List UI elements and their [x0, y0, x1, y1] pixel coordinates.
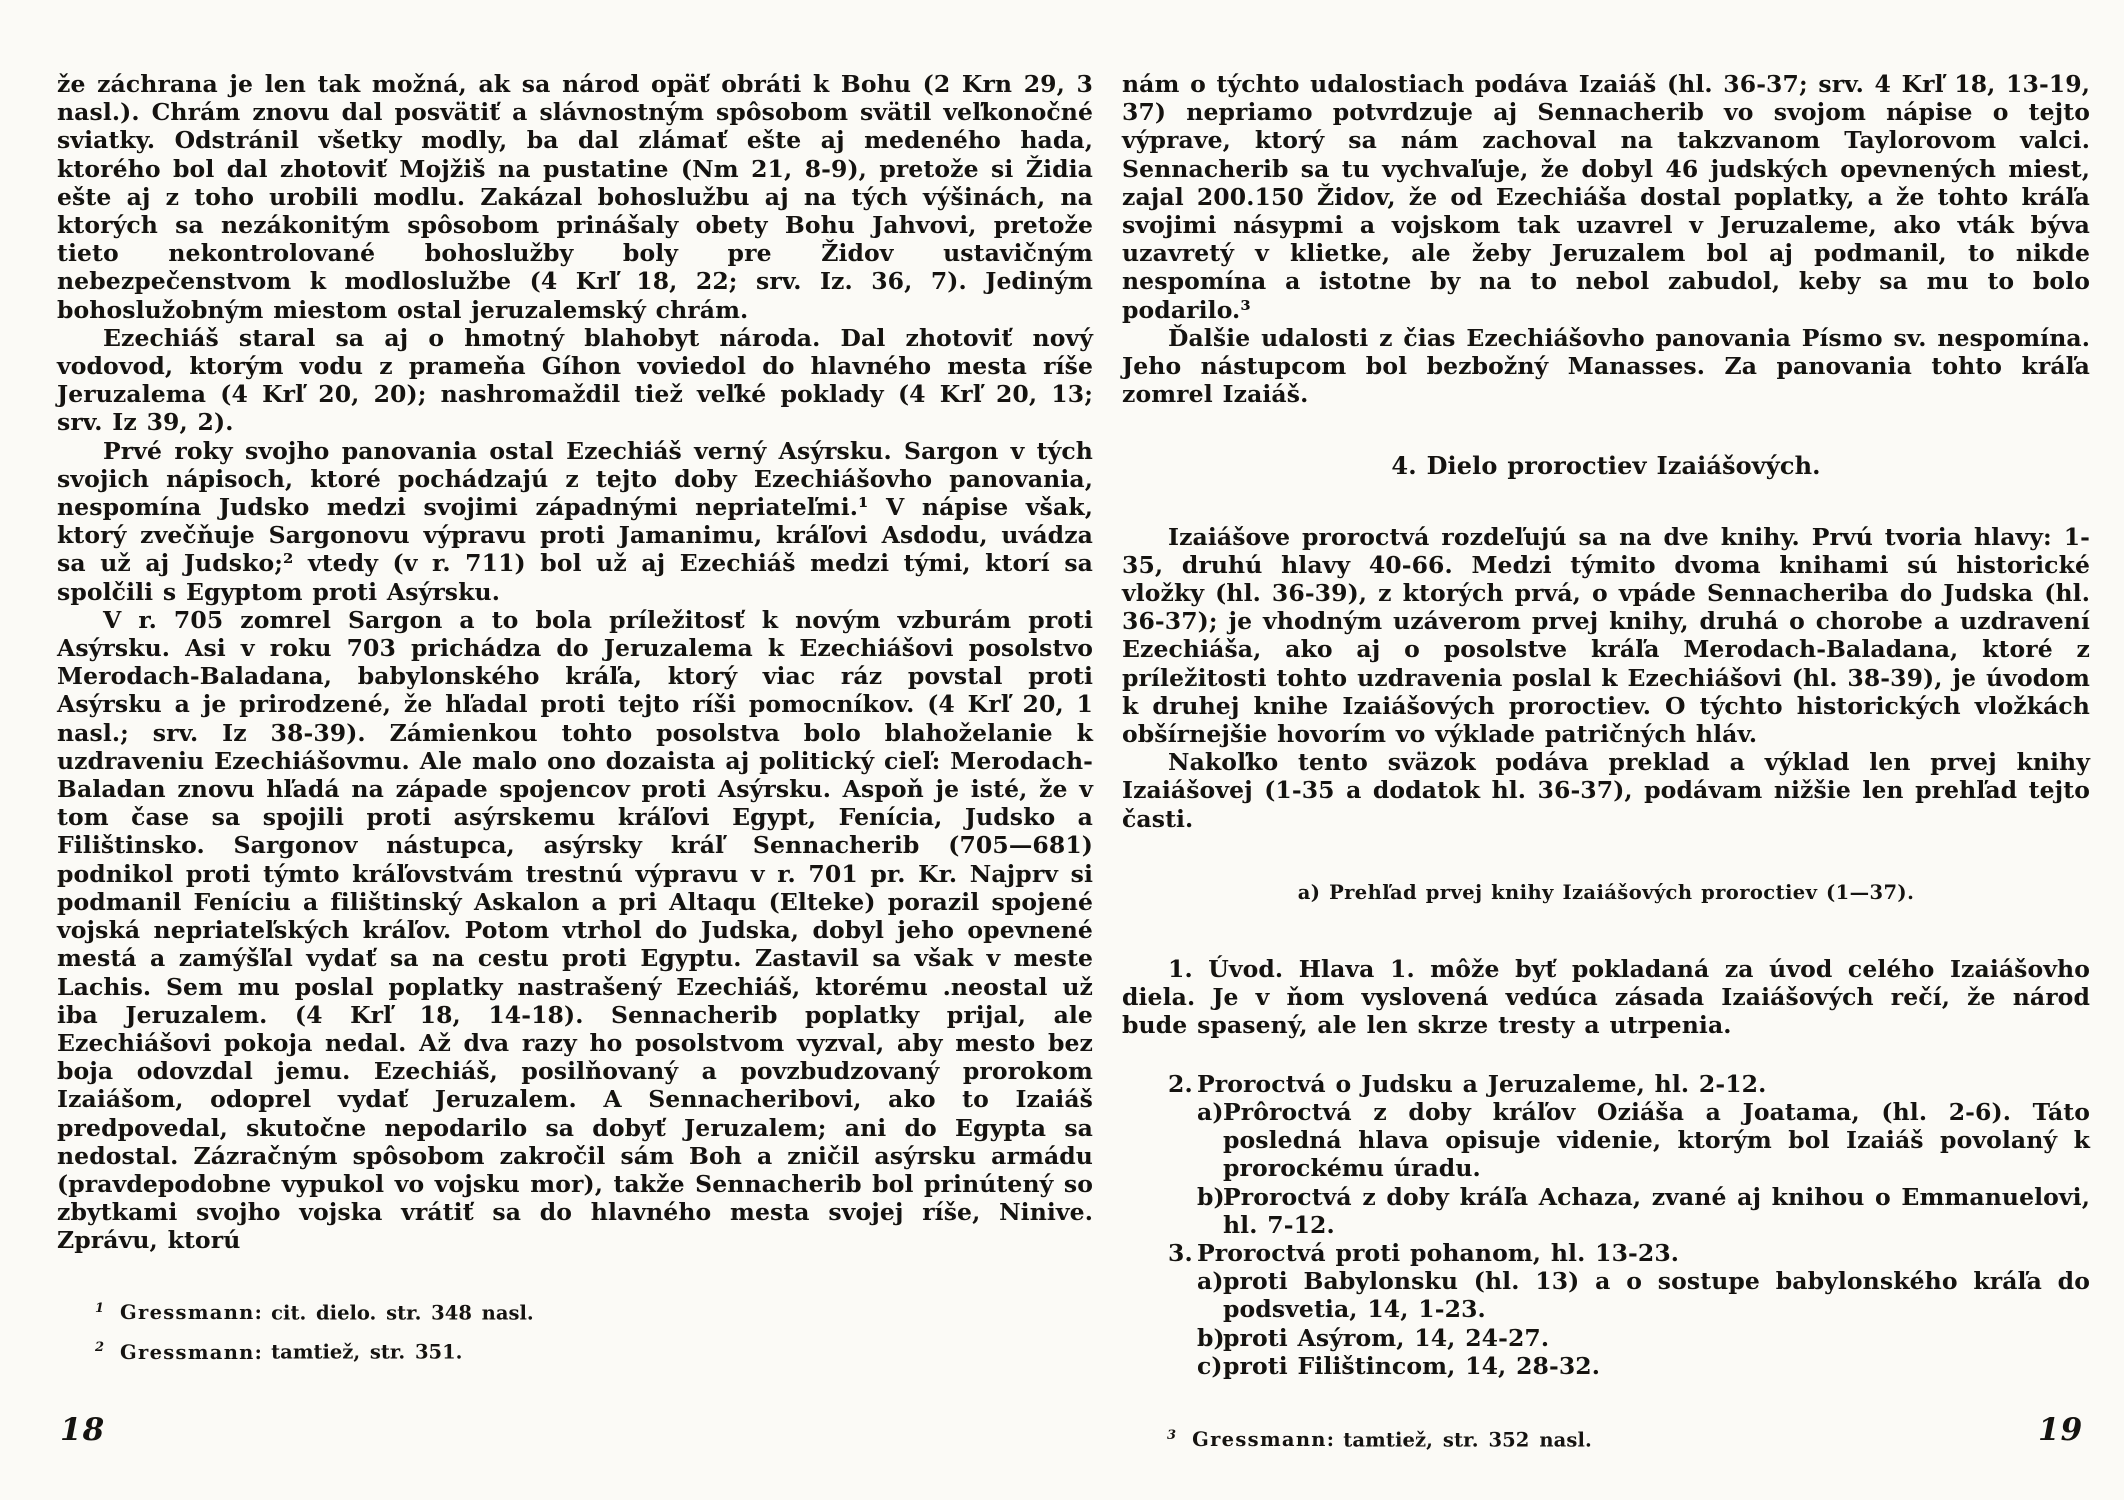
outline-subitem-text: proti Asýrom, 14, 24-27. — [1223, 1324, 2090, 1352]
outline-subitem-label: b) — [1197, 1183, 1223, 1239]
outline-subitem: c) proti Filištincom, 14, 28-32. — [1122, 1352, 2090, 1380]
outline-subitem-text: proti Babylonsku (hl. 13) a o sostupe ba… — [1223, 1267, 2090, 1323]
footnotes-left: 1Gressmann:cit. dielo. str. 348 nasl. 2G… — [57, 1291, 1093, 1370]
paragraph: V r. 705 zomrel Sargon a to bola príleži… — [57, 606, 1093, 1255]
paragraph: Ďalšie udalosti z čias Ezechiášovho pano… — [1122, 324, 2090, 409]
paragraph: 1. Úvod. Hlava 1. môže byť pokladaná za … — [1122, 955, 2090, 1040]
footnote-author: Gressmann: — [120, 1341, 263, 1364]
right-page-text-block: nám o týchto udalostiach podáva Izaiáš (… — [1122, 70, 2090, 1457]
footnote-text: tamtiež, str. 352 nasl. — [1343, 1428, 1592, 1451]
outline-subitem-text: Prôroctvá z doby kráľov Oziáša a Joatama… — [1223, 1098, 2090, 1183]
page-number-left: 18 — [60, 1412, 105, 1448]
left-page: že záchrana je len tak možná, ak sa náro… — [57, 70, 1093, 1370]
paragraph: Prvé roky svojho panovania ostal Ezechiá… — [57, 437, 1093, 606]
outline-subitem-text: proti Filištincom, 14, 28-32. — [1223, 1352, 2090, 1380]
paragraph: Nakoľko tento sväzok podáva preklad a vý… — [1122, 748, 2090, 833]
footnote-marker: 1 — [95, 1291, 104, 1326]
outline-subitem-label: b) — [1197, 1324, 1223, 1352]
footnote: 1Gressmann:cit. dielo. str. 348 nasl. — [95, 1291, 1093, 1331]
paragraph: že záchrana je len tak možná, ak sa náro… — [57, 70, 1093, 324]
paragraph: Ezechiáš staral sa aj o hmotný blahobyt … — [57, 324, 1093, 437]
outline-subitem: b) Proroctvá z doby kráľa Achaza, zvané … — [1122, 1183, 2090, 1239]
footnote-marker: 3 — [1167, 1418, 1176, 1453]
footnotes-right: 3Gressmann:tamtiež, str. 352 nasl. — [1122, 1418, 2090, 1458]
outline-list: 2. Proroctvá o Judsku a Jeruzaleme, hl. … — [1122, 1070, 2090, 1380]
footnote-author: Gressmann: — [120, 1301, 263, 1324]
outline-item-label: 3. — [1168, 1239, 1197, 1267]
left-page-text-block: že záchrana je len tak možná, ak sa náro… — [57, 70, 1093, 1255]
footnote-text: tamtiež, str. 351. — [271, 1341, 462, 1364]
footnote-author: Gressmann: — [1192, 1428, 1335, 1451]
paragraph: nám o týchto udalostiach podáva Izaiáš (… — [1122, 70, 2090, 324]
footnote: 3Gressmann:tamtiež, str. 352 nasl. — [1167, 1418, 2090, 1458]
outline-subitem-text: Proroctvá z doby kráľa Achaza, zvané aj … — [1223, 1183, 2090, 1239]
outline-subitem: b) proti Asýrom, 14, 24-27. — [1122, 1324, 2090, 1352]
outline-subitem-label: a) — [1197, 1098, 1223, 1183]
outline-subitem: a) proti Babylonsku (hl. 13) a o sostupe… — [1122, 1267, 2090, 1323]
outline-subitem: a) Prôroctvá z doby kráľov Oziáša a Joat… — [1122, 1098, 2090, 1183]
outline-subitem-label: c) — [1197, 1352, 1223, 1380]
outline-item: 2. Proroctvá o Judsku a Jeruzaleme, hl. … — [1122, 1070, 2090, 1098]
outline-subitem-label: a) — [1197, 1267, 1223, 1323]
section-heading: 4. Dielo proroctiev Izaiášových. — [1122, 452, 2090, 480]
footnote-text: cit. dielo. str. 348 nasl. — [271, 1301, 534, 1324]
page-number-right: 19 — [2038, 1412, 2083, 1448]
outline-item-text: Proroctvá proti pohanom, hl. 13-23. — [1197, 1239, 2090, 1267]
outline-item-label: 2. — [1168, 1070, 1197, 1098]
paragraph: Izaiášove proroctvá rozdeľujú sa na dve … — [1122, 523, 2090, 749]
footnote: 2Gressmann:tamtiež, str. 351. — [95, 1330, 1093, 1370]
outline-item: 3. Proroctvá proti pohanom, hl. 13-23. — [1122, 1239, 2090, 1267]
subsection-heading: a) Prehľad prvej knihy Izaiášových proro… — [1122, 879, 2090, 907]
footnote-marker: 2 — [95, 1330, 104, 1365]
right-page: nám o týchto udalostiach podáva Izaiáš (… — [1122, 70, 2090, 1457]
outline-item-text: Proroctvá o Judsku a Jeruzaleme, hl. 2-1… — [1197, 1070, 2090, 1098]
